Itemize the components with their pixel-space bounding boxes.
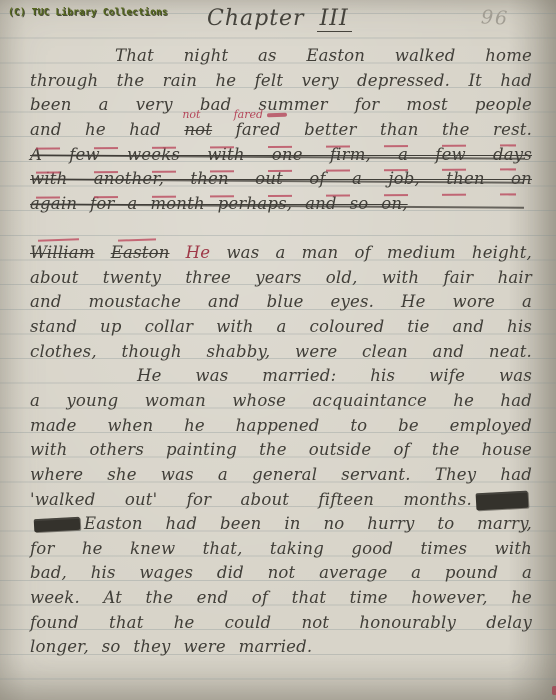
manuscript-text: William [30, 243, 95, 262]
manuscript-line: week. At the end of that time however, h… [30, 586, 532, 611]
manuscript-line: He was married: his wife was [30, 364, 532, 389]
manuscript-text [212, 120, 235, 139]
manuscript-text: 'walked out' for about fifteen months. [30, 490, 472, 509]
manuscript-text: was a man of medium height, [210, 243, 532, 262]
red-correction-above: not [182, 109, 200, 120]
manuscript-text: clothes, though shabby, were clean and n… [30, 342, 532, 361]
manuscript-line: made when he happened to be employed [30, 414, 532, 439]
manuscript-text: longer, so they were married. [30, 637, 312, 656]
manuscript-line: where she was a general servant. They ha… [30, 463, 532, 488]
chapter-title-label: Chapter [207, 6, 305, 31]
manuscript-line: found that he could not honourably delay [30, 611, 532, 636]
manuscript-text: and moustache and blue eyes. He wore a [30, 292, 532, 311]
manuscript-text: with others painting the outside of the … [30, 440, 532, 459]
manuscript-lines: That night as Easton walked homethrough … [30, 44, 532, 660]
manuscript-line: Easton had been in no hurry to marry, [30, 512, 532, 537]
manuscript-line: and he had notnot faredfared better than… [30, 118, 532, 143]
red-scribble-mark [267, 113, 287, 118]
manuscript-text: He was married: his wife was [137, 366, 532, 385]
manuscript-line: 'walked out' for about fifteen months. [30, 488, 532, 513]
manuscript-line: That night as Easton walked home [30, 44, 532, 69]
manuscript-text: better than the rest. [281, 120, 532, 139]
redacted-scribble [34, 517, 81, 532]
manuscript-text: Easton [111, 243, 170, 262]
manuscript-text [95, 243, 111, 262]
manuscript-line-struck: with another, then out of a job, then on [30, 167, 532, 192]
manuscript-line: a young woman whose acquaintance he had [30, 389, 532, 414]
manuscript-text [170, 243, 186, 262]
page-number: 96 [480, 6, 509, 29]
manuscript-text: That night as Easton walked home [115, 46, 532, 65]
manuscript-text: A few weeks with one firm, a few days [30, 145, 532, 164]
manuscript-text: bad, his wages did not average a pound a [30, 563, 532, 582]
manuscript-line: about twenty three years old, with fair … [30, 266, 532, 291]
manuscript-line [30, 216, 532, 241]
manuscript-text: through the rain he felt very depressed.… [30, 71, 532, 90]
red-ink-word: He [186, 243, 211, 262]
paper-edge-mark [552, 686, 556, 695]
manuscript-page: (C) TUC Library Collections ChapterIII 9… [0, 0, 556, 700]
manuscript-text: made when he happened to be employed [30, 416, 532, 435]
manuscript-text: Easton had been in no hurry to marry, [84, 514, 532, 533]
watermark: (C) TUC Library Collections [8, 7, 168, 18]
manuscript-line: through the rain he felt very depressed.… [30, 69, 532, 94]
manuscript-line: longer, so they were married. [30, 635, 532, 660]
manuscript-text: with another, then out of a job, then on [30, 169, 532, 188]
red-correction-above: fared [234, 109, 287, 120]
manuscript-text: notnot [184, 120, 212, 139]
redacted-scribble [476, 490, 529, 510]
manuscript-text: for he knew that, taking good times with [30, 539, 532, 558]
manuscript-text: found that he could not honourably delay [30, 613, 532, 632]
manuscript-text: about twenty three years old, with fair … [30, 268, 532, 287]
manuscript-line: for he knew that, taking good times with [30, 537, 532, 562]
manuscript-text: week. At the end of that time however, h… [30, 588, 532, 607]
manuscript-text: and he had [30, 120, 184, 139]
chapter-title: ChapterIII [207, 6, 352, 31]
manuscript-line: bad, his wages did not average a pound a [30, 561, 532, 586]
manuscript-text: a young woman whose acquaintance he had [30, 391, 532, 410]
chapter-title-numeral: III [317, 6, 352, 32]
manuscript-line: William Easton He was a man of medium he… [30, 241, 532, 266]
manuscript-line: and moustache and blue eyes. He wore a [30, 290, 532, 315]
manuscript-text: again for a month perhaps, and so on, [30, 194, 408, 213]
manuscript-line: stand up collar with a coloured tie and … [30, 315, 532, 340]
manuscript-text: faredfared [236, 120, 281, 139]
manuscript-line-struck: again for a month perhaps, and so on, [30, 192, 532, 217]
manuscript-line-struck: A few weeks with one firm, a few days [30, 143, 532, 168]
manuscript-line: with others painting the outside of the … [30, 438, 532, 463]
manuscript-line: clothes, though shabby, were clean and n… [30, 340, 532, 365]
manuscript-text: where she was a general servant. They ha… [30, 465, 532, 484]
manuscript-text: stand up collar with a coloured tie and … [30, 317, 532, 336]
